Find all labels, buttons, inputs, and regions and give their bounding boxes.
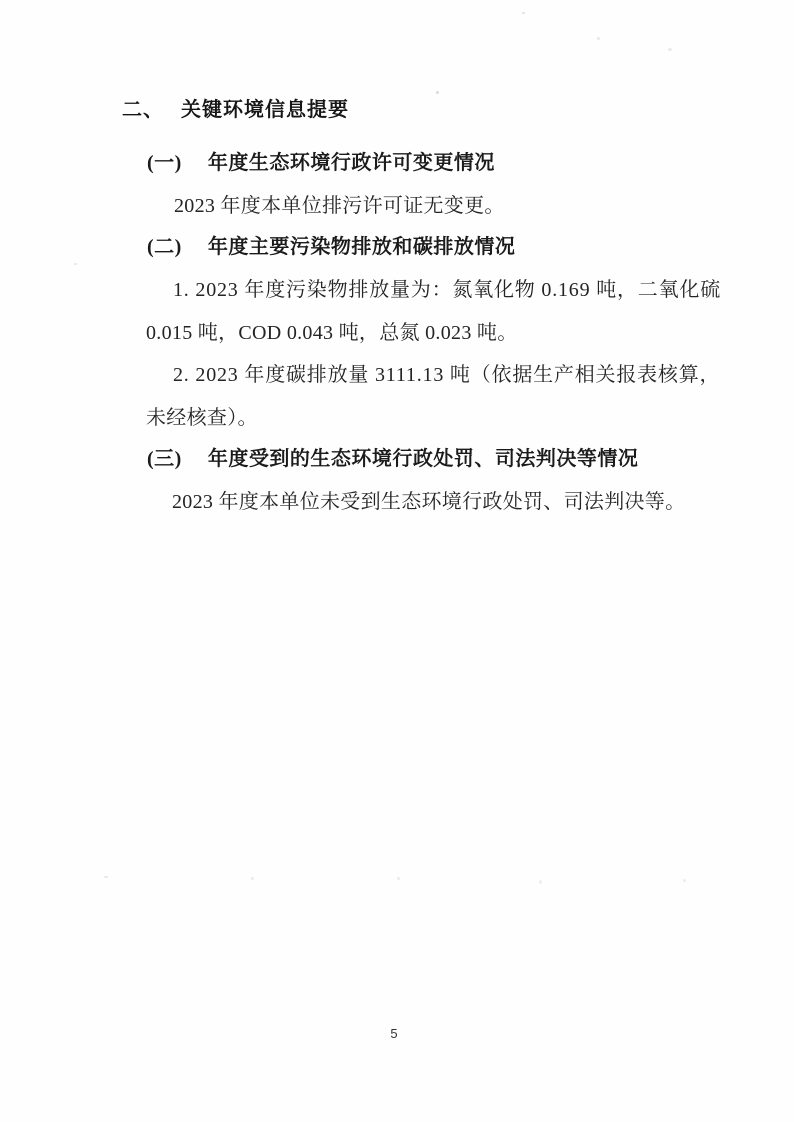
scan-speck <box>683 879 686 882</box>
scan-speck <box>597 37 600 40</box>
subsection-2-heading: (二)年度主要污染物排放和碳排放情况 <box>147 230 515 259</box>
scan-speck <box>74 263 77 265</box>
subsection-3-title: 年度受到的生态环境行政处罚、司法判决等情况 <box>208 448 639 470</box>
document-page: 二、关键环境信息提要 (一)年度生态环境行政许可变更情况 2023 年度本单位排… <box>0 0 794 1122</box>
section-heading-title: 关键环境信息提要 <box>181 99 349 121</box>
subsection-1-heading: (一)年度生态环境行政许可变更情况 <box>147 146 495 175</box>
scan-speck <box>251 877 254 880</box>
scan-speck <box>668 48 672 51</box>
section-heading: 二、关键环境信息提要 <box>122 93 349 122</box>
scan-speck <box>436 91 439 94</box>
scan-speck <box>397 877 400 880</box>
subsection-3-body: 2023 年度本单位未受到生态环境行政处罚、司法判决等。 <box>172 485 685 514</box>
subsection-2-item-1-line-2: 0.015 吨，COD 0.043 吨，总氮 0.023 吨。 <box>146 316 518 345</box>
subsection-3-number: (三) <box>147 448 182 470</box>
scan-speck <box>522 12 525 14</box>
subsection-2-number: (二) <box>147 236 182 258</box>
subsection-3-heading: (三)年度受到的生态环境行政处罚、司法判决等情况 <box>147 442 638 471</box>
scan-speck <box>539 880 542 884</box>
subsection-2-item-1-line-1: 1. 2023 年度污染物排放量为：氮氧化物 0.169 吨，二氧化硫 <box>173 273 721 302</box>
subsection-1-number: (一) <box>147 152 182 174</box>
page-number: 5 <box>0 1026 788 1041</box>
scan-speck <box>104 876 108 878</box>
subsection-2-title: 年度主要污染物排放和碳排放情况 <box>208 236 516 258</box>
subsection-1-title: 年度生态环境行政许可变更情况 <box>208 152 495 174</box>
section-heading-number: 二、 <box>122 99 164 121</box>
subsection-2-item-2-line-2: 未经核查）。 <box>146 401 258 430</box>
subsection-1-body: 2023 年度本单位排污许可证无变更。 <box>174 189 505 218</box>
subsection-2-item-2-line-1: 2. 2023 年度碳排放量 3111.13 吨（依据生产相关报表核算， <box>173 358 720 387</box>
